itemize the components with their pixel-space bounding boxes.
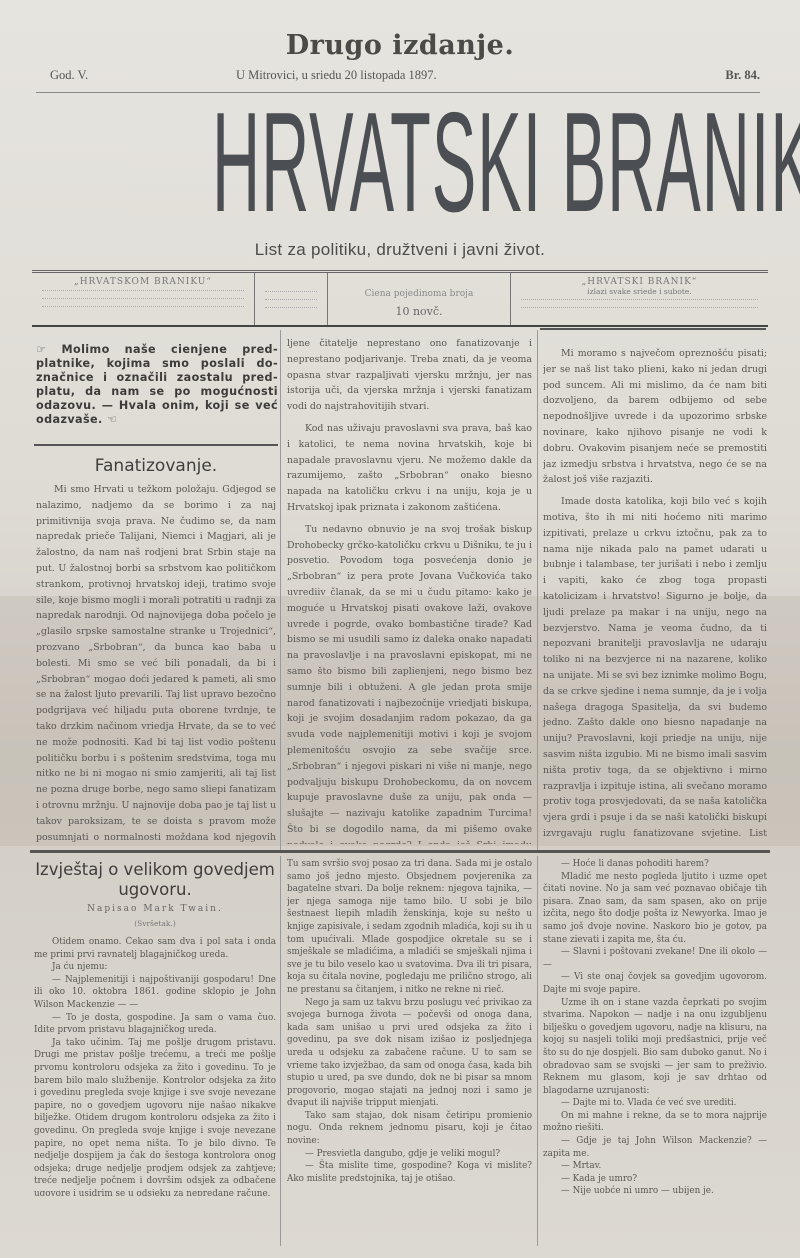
price-label: Ciena pojedinoma broja <box>334 289 504 299</box>
publisher-title: „HRVATSKI BRANIK“ <box>517 277 762 287</box>
paragraph: — Mrtav. <box>543 1160 767 1173</box>
paragraph: Tu nedavno obnuvio je na svoj trošak bis… <box>287 522 532 844</box>
article-title-izvjestaj: Izvještaj o velikom govedjem ugovoru. <box>30 860 280 900</box>
fine-print-line <box>42 290 244 295</box>
article-byline: Napisao Mark Twain. <box>30 904 280 914</box>
subscription-box-right <box>255 273 328 325</box>
pointing-hand-left-icon: ☜ <box>107 413 117 427</box>
paragraph: Mi moramo s največom opreznošću pisati; … <box>543 346 767 488</box>
paragraph: — Gdje je taj John Wilson Mackenzie? — z… <box>543 1135 767 1160</box>
paragraph: — Nije uobće ni umro — ubijen je. <box>543 1185 767 1198</box>
issue-number: Br. 84. <box>725 68 760 83</box>
paragraph: Ja ću njemu: <box>34 961 276 974</box>
paragraph: Mi smo Hrvati u težkom položaju. Gdjegod… <box>36 482 276 844</box>
fine-print-line <box>521 299 758 304</box>
newspaper-page: Drugo izdanje. God. V. U Mitrovici, u sr… <box>0 0 800 1258</box>
paragraph: — Presvietla dangubo, gdje je veliki mog… <box>287 1148 532 1161</box>
paragraph: Mladić me nesto pogleda ljutito i uzme o… <box>543 871 767 947</box>
edition-label: Drugo izdanje. <box>0 30 800 61</box>
publisher-subtitle: izlazi svake sriede i subote. <box>517 287 762 296</box>
pointing-hand-right-icon: ☞ <box>36 343 46 357</box>
paragraph: — Šta mislite time, gospodine? Koga vi m… <box>287 1160 532 1185</box>
article-note: (Svršetak.) <box>30 919 280 928</box>
paragraph: — To je dosta, gospodine. Ja sam o vama … <box>34 1012 276 1037</box>
masthead-title: HRVATSKI BRANIK <box>212 88 588 238</box>
fine-print-line <box>521 307 758 312</box>
fine-print-line <box>42 306 244 311</box>
paragraph: ljene čitatelje neprestano ono fanatizov… <box>287 336 532 415</box>
paragraph: Otidem onamo. Čekao sam dva i pol sata i… <box>34 936 276 961</box>
fine-print-line <box>265 299 317 304</box>
masthead-subtitle: List za politiku, družtveni i javni živo… <box>0 240 800 260</box>
paragraph: — Najplemenitiji i najpoštivaniji gospod… <box>34 974 276 1012</box>
paragraph: Uzme ih on i stane vazda čeprkati po svo… <box>543 997 767 1098</box>
volume-label: God. V. <box>50 68 88 83</box>
price-box: Ciena pojedinoma broja 10 novč. <box>328 273 511 325</box>
paragraph: Tu sam svršio svoj posao za tri dana. Sa… <box>287 858 532 997</box>
article2-column-2: Tu sam svršio svoj posao za tri dana. Sa… <box>287 858 532 1198</box>
paragraph: — Dajte mi to. Vlada će već sve urediti. <box>543 1097 767 1110</box>
paragraph: Imade dosta katolika, koji bilo već s ko… <box>543 494 767 844</box>
paragraph: Tako sam stajao, dok nisam četiripu prom… <box>287 1110 532 1148</box>
fine-print-line <box>265 291 317 296</box>
column-divider <box>537 856 538 1246</box>
article1-column-1: Mi smo Hrvati u težkom položaju. Gdjegod… <box>36 482 276 844</box>
subscriber-notice: ☞ Molimo naše cienjene pred-platnike, ko… <box>36 343 278 427</box>
section-rule <box>30 850 770 853</box>
column-divider <box>280 330 281 850</box>
column-divider <box>280 856 281 1246</box>
paragraph: — Hoće li danas pohoditi harem? <box>543 858 767 871</box>
fine-print-line <box>265 307 317 312</box>
subscription-title: „HRVATSKOM BRANIKU“ <box>38 277 248 287</box>
article2-column-1: Otidem onamo. Čekao sam dva i pol sata i… <box>34 936 276 1196</box>
column-top-rule <box>540 328 766 330</box>
paragraph: — Kada je umro? <box>543 1173 767 1186</box>
article-title-fanatizovanje: Fanatizovanje. <box>34 456 278 476</box>
paragraph: On mi mahne i rekne, da se to mora najpr… <box>543 1110 767 1135</box>
article1-column-2: ljene čitatelje neprestano ono fanatizov… <box>287 336 532 844</box>
price-value: 10 novč. <box>334 305 504 318</box>
publisher-box: „HRVATSKI BRANIK“ izlazi svake sriede i … <box>511 273 768 325</box>
date-place: U Mitrovici, u sriedu 20 listopada 1897. <box>236 68 437 83</box>
paragraph: Nego ja sam uz takvu brzu poslugu već pr… <box>287 997 532 1110</box>
article2-column-3: — Hoće li danas pohoditi harem? Mladić m… <box>543 858 767 1198</box>
paragraph: Ja tako učinim. Taj me pošlje drugom pri… <box>34 1037 276 1196</box>
info-box: „HRVATSKOM BRANIKU“ Ciena pojedinoma bro… <box>32 270 768 327</box>
notice-rule <box>34 444 278 446</box>
subscription-box: „HRVATSKOM BRANIKU“ <box>32 273 255 325</box>
notice-text: Molimo naše cienjene pred-platnike, koji… <box>36 343 278 426</box>
column-divider <box>537 330 538 850</box>
fine-print-line <box>42 298 244 303</box>
paragraph: Kod nas uživaju pravoslavni sva prava, b… <box>287 421 532 516</box>
article1-column-3: Mi moramo s največom opreznošću pisati; … <box>543 346 767 844</box>
paragraph: — Slavni i poštovani zvekane! Dne ili ok… <box>543 946 767 971</box>
paragraph: — Vi ste onaj čovjek sa govedjim ugovoro… <box>543 971 767 996</box>
